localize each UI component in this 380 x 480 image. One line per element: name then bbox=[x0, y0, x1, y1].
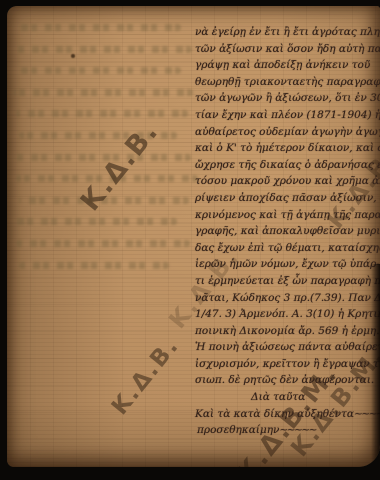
bleedthrough-row bbox=[16, 175, 198, 182]
letter-text-lines: νὰ ἐγείρῃ ἐν ἔτι ἢ ἔτι ἀγρότας πληρω-τῶν… bbox=[195, 24, 380, 389]
bleedthrough-row bbox=[19, 197, 189, 204]
pen-flourish: ~~~~~ bbox=[279, 424, 316, 436]
letter-line: θεωρηθῇ τριακονταετὴς παραγραφὴ bbox=[195, 74, 380, 91]
bleedthrough-row bbox=[13, 154, 191, 161]
letter-line: καὶ ὁ Κ' τὸ ἡμέτερον δίκαιον, καὶ οὐ bbox=[195, 140, 380, 157]
bleedthrough-text-block bbox=[13, 24, 197, 283]
letter-line: νᾶται, Κώδηκος 3 πρ.(7.39). Παν Δικ bbox=[195, 290, 380, 307]
letter-line: αὐθαίρετος οὐδεμίαν ἀγωγὴν ἀγωγὴν bbox=[195, 124, 380, 141]
bleedthrough-row bbox=[16, 240, 190, 247]
letter-line: σιωπ. δὲ ρητῶς δὲν ἀναφέρονται. bbox=[195, 372, 380, 389]
bleedthrough-row bbox=[13, 24, 181, 31]
letter-closing: Διὰ ταῦτα Καὶ τὰ κατὰ δίκην αὐξηθέντα~~~… bbox=[195, 389, 380, 439]
letter-line: τίαν ἔχην καὶ πλέον (1871-1904) ἡ bbox=[195, 107, 380, 124]
letter-line: τῶν ἀξίωσιν καὶ ὅσον ἤδη αὐτὴ παρα- bbox=[195, 41, 380, 58]
closing-line-text: Καὶ τὰ κατὰ δίκην αὐξηθέντα bbox=[195, 408, 354, 420]
letter-line: γράψῃ καὶ ἀποδείξῃ ἀνήκειν τοῦ bbox=[195, 57, 380, 74]
letter-line: ποινικὴ Δικονομία ἄρ. 569 ἡ ἑρμη. bbox=[195, 323, 380, 340]
letter-line: ἰσχυρισμόν, κρεῖττον ἢ ἔγραψαν τῆς αὐτῆς bbox=[195, 356, 380, 373]
letter-line: Ἡ ποινὴ ἀξιώσεως πάντα αὐθαίρετον bbox=[195, 339, 380, 356]
ink-speck bbox=[71, 54, 75, 58]
letter-line: ὤχρησε τῆς δικαίας ὁ ἀδρανήσας ἐπὶ bbox=[195, 157, 380, 174]
letter-line: τῶν ἀγωγῶν ἢ ἀξιώσεων, ὅτι ἐν 30ε- bbox=[195, 90, 380, 107]
pen-flourish: ~~~~~~~~ bbox=[354, 408, 380, 420]
bleedthrough-row bbox=[16, 46, 192, 53]
scanned-letter-photo: Κ.Δ.Β. Κ.Δ.Β. Κ.Δ.Β. Κ.Δ.Β.Μ. Κ.Δ.Β.Μ. Κ… bbox=[0, 0, 380, 480]
letter-line: νὰ ἐγείρῃ ἐν ἔτι ἢ ἔτι ἀγρότας πληρω- bbox=[195, 24, 380, 41]
bleedthrough-row bbox=[16, 110, 188, 117]
bleedthrough-row bbox=[19, 67, 181, 74]
bleedthrough-row bbox=[19, 132, 177, 139]
letter-paper: Κ.Δ.Β. Κ.Δ.Β. Κ.Δ.Β. Κ.Δ.Β.Μ. Κ.Δ.Β.Μ. Κ… bbox=[7, 6, 380, 467]
signature-word: προσεθηκαίμην~~~~~ bbox=[195, 422, 380, 439]
letter-line: τόσου μακροῦ χρόνου καὶ χρῆμα ἀπο- bbox=[195, 173, 380, 190]
letter-line: τι ἑρμηνεύεται ἐξ ὧν παραγραφὴ πλα- bbox=[195, 273, 380, 290]
archive-watermark: Κ.Δ.Β. bbox=[107, 333, 185, 420]
letter-line: δας ἔχων ἐπὶ τῷ θέματι, καταίσχης τῶν bbox=[195, 240, 380, 257]
letter-line: κρινόμενος καὶ τῇ ἀγάπῃ τῆς παρα- bbox=[195, 207, 380, 224]
letter-line: ρίψειεν ἀποχίδας πᾶσαν ἀξίωσιν, ἐγ- bbox=[195, 190, 380, 207]
signature-word-text: προσεθηκαίμην bbox=[197, 424, 279, 436]
closing-dia-tauta: Διὰ ταῦτα bbox=[195, 389, 380, 406]
letter-line: ἱερῶν ἡμῶν νόμων, ἔχων τῷ ὑπάρ- bbox=[195, 256, 380, 273]
letter-line: γραφῆς, καὶ ἀποκαλυφθεῖσαν μυριά- bbox=[195, 223, 380, 240]
bleedthrough-row bbox=[13, 89, 193, 96]
bleedthrough-row bbox=[13, 218, 177, 225]
letter-body: νὰ ἐγείρῃ ἐν ἔτι ἢ ἔτι ἀγρότας πληρω-τῶν… bbox=[195, 24, 380, 439]
letter-line: 1/47. 3) Ἀρμενόπ. Α. 3(10) ἡ Κρητικὴ bbox=[195, 306, 380, 323]
bleedthrough-row bbox=[19, 262, 169, 269]
closing-line: Καὶ τὰ κατὰ δίκην αὐξηθέντα~~~~~~~~ bbox=[195, 406, 380, 423]
